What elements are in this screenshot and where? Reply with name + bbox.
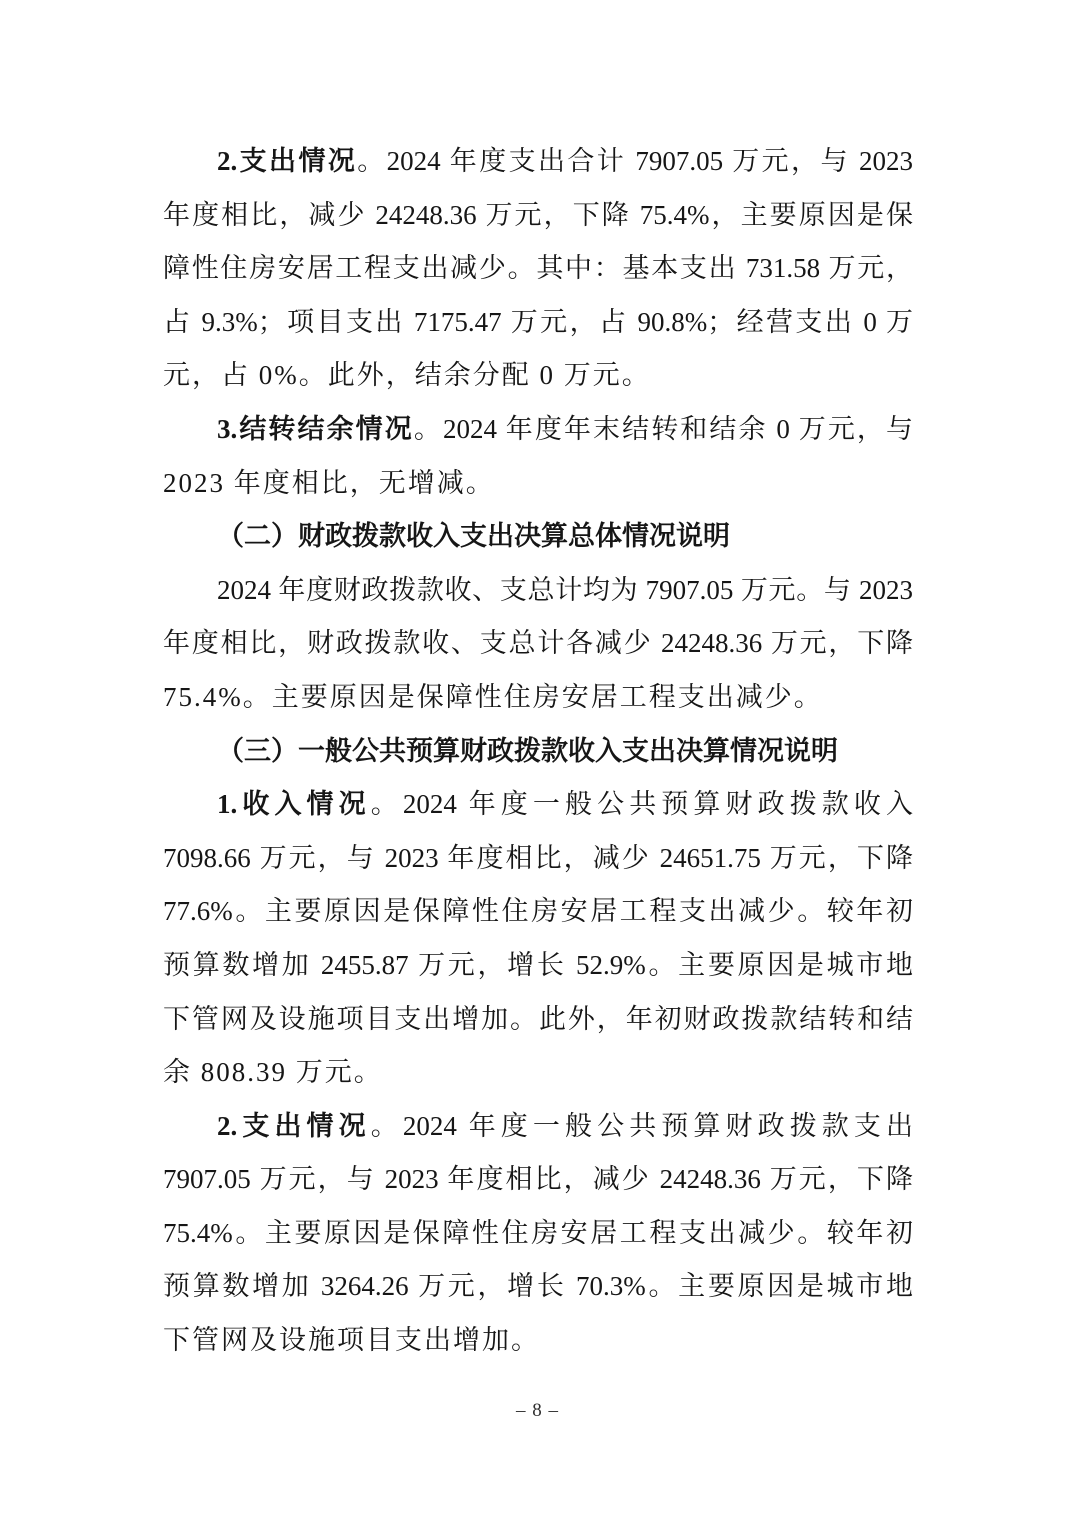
text-segment: 7098.66 万元，与 2023 年度相比，减少 24651.75 万元，下降	[163, 843, 913, 873]
bold-text-segment: 3.结转结余情况	[217, 414, 414, 444]
bold-text-segment: 2.支出情况	[217, 1111, 371, 1141]
page-number: – 8 –	[0, 1400, 1075, 1422]
text-segment: 75.4%。主要原因是保障性住房安居工程支出减少。	[163, 682, 823, 712]
text-segment: 障性住房安居工程支出减少。其中：基本支出 731.58 万元，	[163, 253, 913, 283]
bold-text-segment: 1.收入情况	[217, 789, 371, 819]
para-carryover-line-2: 2023 年度相比，无增减。	[163, 457, 913, 511]
document-page: 2.支出情况。2024 年度支出合计 7907.05 万元，与 2023年度相比…	[0, 0, 1075, 1520]
text-segment: 77.6%。主要原因是保障性住房安居工程支出减少。较年初	[163, 896, 913, 926]
text-segment: 75.4%。主要原因是保障性住房安居工程支出减少。较年初	[163, 1218, 913, 1248]
bold-text-segment: 2.支出情况	[217, 146, 357, 176]
para-expenditure-line-2: 年度相比，减少 24248.36 万元，下降 75.4%，主要原因是保	[163, 189, 913, 243]
para-budget-exp-line-1: 2.支出情况。2024 年度一般公共预算财政拨款支出	[163, 1100, 913, 1154]
para-expenditure-line-1: 2.支出情况。2024 年度支出合计 7907.05 万元，与 2023	[163, 135, 913, 189]
text-segment: 年度相比，财政拨款收、支总计各减少 24248.36 万元，下降	[163, 628, 913, 658]
text-segment: 下管网及设施项目支出增加。此外，年初财政拨款结转和结	[163, 1004, 913, 1034]
heading-section-2: （二）财政拨款收入支出决算总体情况说明	[163, 510, 913, 564]
para-fiscal-total-line-3: 75.4%。主要原因是保障性住房安居工程支出减少。	[163, 671, 913, 725]
para-income-line-3: 77.6%。主要原因是保障性住房安居工程支出减少。较年初	[163, 885, 913, 939]
para-budget-exp-line-5: 下管网及设施项目支出增加。	[163, 1314, 913, 1368]
text-segment: 下管网及设施项目支出增加。	[163, 1325, 540, 1355]
heading-section-3: （三）一般公共预算财政拨款收入支出决算情况说明	[163, 725, 913, 779]
text-segment: 2024 年度财政拨款收、支总计均为 7907.05 万元。与 2023	[217, 575, 913, 605]
para-income-line-5: 下管网及设施项目支出增加。此外，年初财政拨款结转和结	[163, 993, 913, 1047]
document-body: 2.支出情况。2024 年度支出合计 7907.05 万元，与 2023年度相比…	[163, 135, 913, 1368]
para-carryover-line-1: 3.结转结余情况。2024 年度年末结转和结余 0 万元，与	[163, 403, 913, 457]
text-segment: 预算数增加 2455.87 万元，增长 52.9%。主要原因是城市地	[163, 950, 913, 980]
para-budget-exp-line-2: 7907.05 万元，与 2023 年度相比，减少 24248.36 万元，下降	[163, 1153, 913, 1207]
bold-text-segment: （二）财政拨款收入支出决算总体情况说明	[217, 521, 730, 551]
para-budget-exp-line-3: 75.4%。主要原因是保障性住房安居工程支出减少。较年初	[163, 1207, 913, 1261]
para-expenditure-line-4: 占 9.3%；项目支出 7175.47 万元，占 90.8%；经营支出 0 万	[163, 296, 913, 350]
para-income-line-1: 1.收入情况。2024 年度一般公共预算财政拨款收入	[163, 778, 913, 832]
text-segment: 元，占 0%。此外，结余分配 0 万元。	[163, 360, 651, 390]
para-income-line-4: 预算数增加 2455.87 万元，增长 52.9%。主要原因是城市地	[163, 939, 913, 993]
bold-text-segment: （三）一般公共预算财政拨款收入支出决算情况说明	[217, 736, 838, 766]
text-segment: 。2024 年度一般公共预算财政拨款支出	[371, 1111, 913, 1141]
para-income-line-2: 7098.66 万元，与 2023 年度相比，减少 24651.75 万元，下降	[163, 832, 913, 886]
text-segment: 7907.05 万元，与 2023 年度相比，减少 24248.36 万元，下降	[163, 1164, 913, 1194]
text-segment: 2023 年度相比，无增减。	[163, 468, 495, 498]
text-segment: 。2024 年度年末结转和结余 0 万元，与	[414, 414, 913, 444]
text-segment: 占 9.3%；项目支出 7175.47 万元，占 90.8%；经营支出 0 万	[163, 307, 913, 337]
text-segment: 年度相比，减少 24248.36 万元，下降 75.4%，主要原因是保	[163, 200, 913, 230]
para-budget-exp-line-4: 预算数增加 3264.26 万元，增长 70.3%。主要原因是城市地	[163, 1260, 913, 1314]
para-expenditure-line-5: 元，占 0%。此外，结余分配 0 万元。	[163, 349, 913, 403]
para-expenditure-line-3: 障性住房安居工程支出减少。其中：基本支出 731.58 万元，	[163, 242, 913, 296]
text-segment: 。2024 年度支出合计 7907.05 万元，与 2023	[357, 146, 913, 176]
para-fiscal-total-line-1: 2024 年度财政拨款收、支总计均为 7907.05 万元。与 2023	[163, 564, 913, 618]
text-segment: 预算数增加 3264.26 万元，增长 70.3%。主要原因是城市地	[163, 1271, 913, 1301]
para-fiscal-total-line-2: 年度相比，财政拨款收、支总计各减少 24248.36 万元，下降	[163, 617, 913, 671]
text-segment: 余 808.39 万元。	[163, 1057, 383, 1087]
para-income-line-6: 余 808.39 万元。	[163, 1046, 913, 1100]
text-segment: 。2024 年度一般公共预算财政拨款收入	[371, 789, 913, 819]
